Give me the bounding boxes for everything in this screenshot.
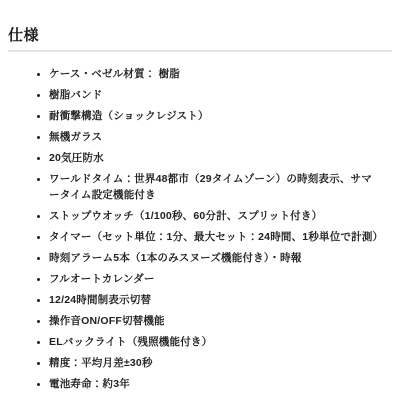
spec-item: 12/24時間制表示切替	[49, 292, 379, 308]
spec-item: 耐衝撃構造（ショックレジスト）	[49, 108, 379, 124]
section-title: 仕様	[8, 26, 392, 45]
spec-page: 仕様 ケース・ベゼル材質： 樹脂樹脂バンド耐衝撃構造（ショックレジスト）無機ガラ…	[0, 0, 400, 400]
spec-item: 無機ガラス	[49, 129, 379, 145]
spec-section: 仕様 ケース・ベゼル材質： 樹脂樹脂バンド耐衝撃構造（ショックレジスト）無機ガラ…	[0, 0, 400, 392]
spec-item: 樹脂バンド	[49, 87, 379, 103]
spec-item: 精度：平均月差±30秒	[49, 355, 379, 371]
spec-item: ワールドタイム：世界48都市（29タイムゾーン）の時刻表示、サマータイム設定機能…	[49, 171, 379, 203]
spec-item: ケース・ベゼル材質： 樹脂	[49, 66, 379, 82]
spec-item: ELバックライト（残照機能付き）	[49, 334, 379, 350]
spec-item: フルオートカレンダー	[49, 271, 379, 287]
spec-item: 電池寿命：約3年	[49, 376, 379, 392]
spec-item: 20気圧防水	[49, 150, 379, 166]
spec-item: 時刻アラーム5本（1本のみスヌーズ機能付き）・時報	[49, 250, 379, 266]
spec-item: ストップウオッチ（1/100秒、60分計、スプリット付き）	[49, 208, 379, 224]
spec-item: 操作音ON/OFF切替機能	[49, 313, 379, 329]
spec-list: ケース・ベゼル材質： 樹脂樹脂バンド耐衝撃構造（ショックレジスト）無機ガラス20…	[8, 66, 392, 392]
spec-item: タイマー（セット単位：1分、最大セット：24時間、1秒単位で計測）	[49, 229, 379, 245]
title-divider	[8, 50, 392, 52]
